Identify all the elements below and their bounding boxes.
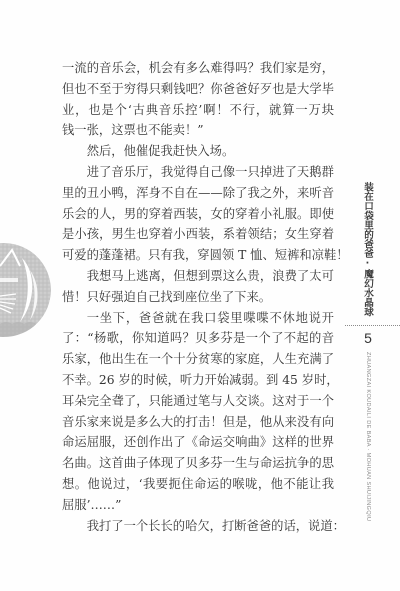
text-line: 屈服’……”	[62, 495, 334, 516]
text-line: 惜！只好强迫自己找到座位坐了下来。	[62, 287, 334, 308]
paragraph-start-line: 然后，他催促我赶快入场。	[62, 141, 334, 162]
text-line: 想。他说过，‘我要扼住命运的喉咙，他不能让我	[62, 474, 334, 495]
paragraph-start-line: 我打了一个长长的哈欠，打断爸爸的话，说道：	[62, 516, 334, 537]
text-line: 名曲。这首曲子体现了贝多芬一生与命运抗争的思	[62, 453, 334, 474]
text-line: 乐会的人，男的穿着西装，女的穿着小礼服。即使	[62, 204, 334, 225]
paragraph-start-line: 一坐下，爸爸就在我口袋里喋喋不休地说开	[62, 308, 334, 329]
page-number: 5	[361, 330, 375, 346]
running-head-pinyin: ZHUANGZAI KOUDAILI DE BABA · MOHUAN SHUI…	[364, 352, 371, 521]
text-line: 业，也是个‘古典音乐控’啊！不行，就算一万块	[62, 100, 334, 121]
paragraph-start-line: 我想马上逃离，但想到票这么贵，浪费了太可	[62, 266, 334, 287]
text-line: 命运屈服，还创作出了《命运交响曲》这样的世界	[62, 432, 334, 453]
text-line: 音乐家来说是多么大的打击！但是，他从来没有向	[62, 412, 334, 433]
decorative-crest-icon	[0, 240, 52, 344]
text-line: 里的丑小鸭，浑身不自在——除了我之外，来听音	[62, 183, 334, 204]
text-line: 耳朵完全聋了，只能通过笔与人交谈。这对于一个	[62, 391, 334, 412]
text-line: 是小孩，男生也穿着小西装，系着领结；女生穿着	[62, 224, 334, 245]
running-head-title: 装在口袋里的爸爸·魔幻水晶球	[360, 182, 374, 316]
running-head-divider	[345, 325, 400, 326]
text-line: 钱一张，这票也不能卖！”	[62, 120, 334, 141]
text-line: 可爱的蓬蓬裙。只有我，穿圆领 T 恤、短裤和凉鞋！	[62, 245, 334, 266]
text-line: 不幸。26 岁的时候，听力开始减弱。到 45 岁时，	[62, 370, 334, 391]
paragraph-start-line: 进了音乐厅，我觉得自己像一只掉进了天鹅群	[62, 162, 334, 183]
text-line: 一流的音乐会，机会有多么难得吗？我们家是穷，	[62, 58, 334, 79]
body-text: 一流的音乐会，机会有多么难得吗？我们家是穷， 但也不至于穷得只剩钱吧？你爸爸好歹…	[62, 58, 334, 536]
book-page: 一流的音乐会，机会有多么难得吗？我们家是穷， 但也不至于穷得只剩钱吧？你爸爸好歹…	[0, 0, 400, 591]
text-line: 了：“杨歌，你知道吗？贝多芬是一个了不起的音	[62, 328, 334, 349]
text-line: 乐家，他出生在一个十分贫寒的家庭，人生充满了	[62, 349, 334, 370]
text-line: 但也不至于穷得只剩钱吧？你爸爸好歹也是大学毕	[62, 79, 334, 100]
